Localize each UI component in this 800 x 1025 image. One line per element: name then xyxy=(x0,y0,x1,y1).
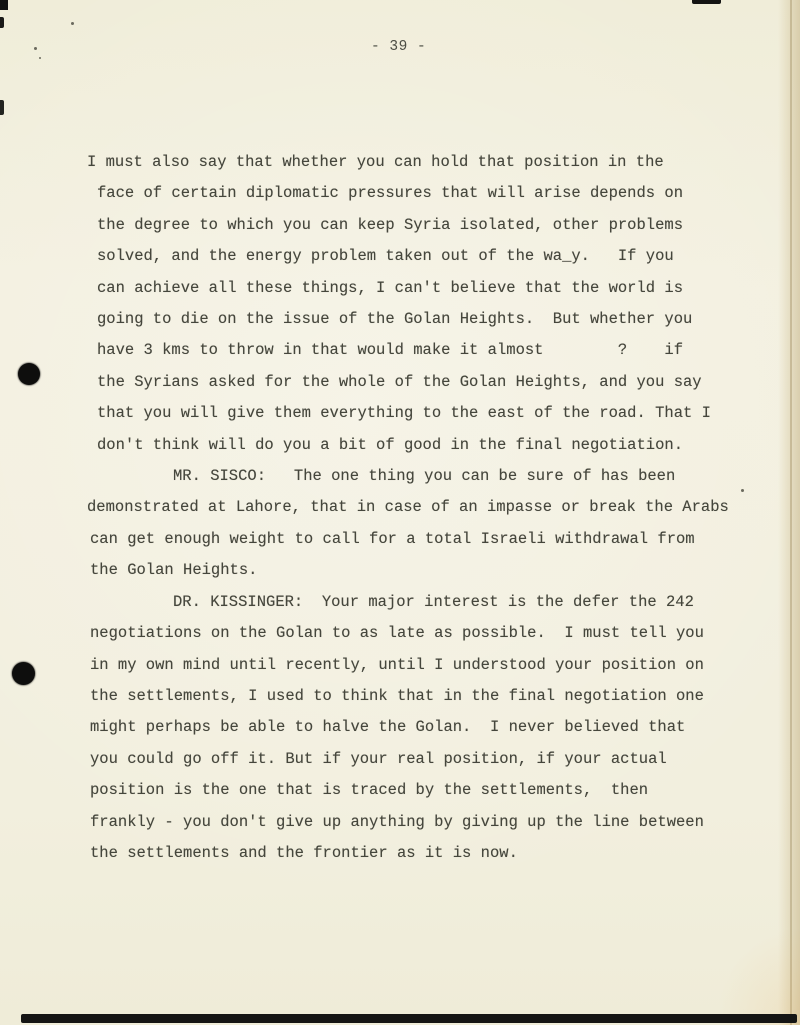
text-line: I must also say that whether you can hol… xyxy=(87,147,770,178)
scan-artifact-bottom-band xyxy=(21,1014,797,1023)
text-line-speaker-sisco: MR. SISCO: The one thing you can be sure… xyxy=(90,461,770,492)
scan-warm-tint xyxy=(680,885,800,1025)
text-line: can achieve all these things, I can't be… xyxy=(97,273,770,304)
text-line: might perhaps be able to halve the Golan… xyxy=(90,712,770,743)
text-line: the Golan Heights. xyxy=(90,555,770,586)
scan-artifact-left-edge xyxy=(0,17,4,28)
scan-speck xyxy=(34,47,37,50)
text-line: the Syrians asked for the whole of the G… xyxy=(97,367,770,398)
text-line: face of certain diplomatic pressures tha… xyxy=(97,178,770,209)
text-line: frankly - you don't give up anything by … xyxy=(90,807,770,838)
scan-artifact-left-edge xyxy=(0,100,4,115)
page-right-edge-shadow xyxy=(778,0,800,1025)
text-line: position is the one that is traced by th… xyxy=(90,775,770,806)
text-line: the settlements and the frontier as it i… xyxy=(90,838,770,869)
punch-hole-dot xyxy=(18,363,40,385)
text-line: have 3 kms to throw in that would make i… xyxy=(97,335,770,366)
text-line: solved, and the energy problem taken out… xyxy=(97,241,770,272)
text-line: negotiations on the Golan to as late as … xyxy=(90,618,770,649)
text-line-speaker-kissinger: DR. KISSINGER: Your major interest is th… xyxy=(90,587,770,618)
scan-artifact-top-left xyxy=(0,0,8,10)
text-line: demonstrated at Lahore, that in case of … xyxy=(87,492,770,523)
punch-hole-dot xyxy=(12,662,35,685)
scanned-document-page: - 39 - I must also say that whether you … xyxy=(0,0,800,1025)
text-line: don't think will do you a bit of good in… xyxy=(97,430,770,461)
text-line: in my own mind until recently, until I u… xyxy=(90,650,770,681)
page-edge-line xyxy=(790,0,792,1025)
text-line: that you will give them everything to th… xyxy=(97,398,770,429)
text-line: can get enough weight to call for a tota… xyxy=(90,524,770,555)
page-number: - 39 - xyxy=(371,39,426,55)
typewritten-text-block: I must also say that whether you can hol… xyxy=(90,147,770,869)
text-line: you could go off it. But if your real po… xyxy=(90,744,770,775)
scan-speck xyxy=(71,22,74,25)
text-line: the degree to which you can keep Syria i… xyxy=(97,210,770,241)
text-line: going to die on the issue of the Golan H… xyxy=(97,304,770,335)
scan-speck xyxy=(39,57,41,59)
scan-artifact-top-right xyxy=(692,0,721,4)
text-line: the settlements, I used to think that in… xyxy=(90,681,770,712)
